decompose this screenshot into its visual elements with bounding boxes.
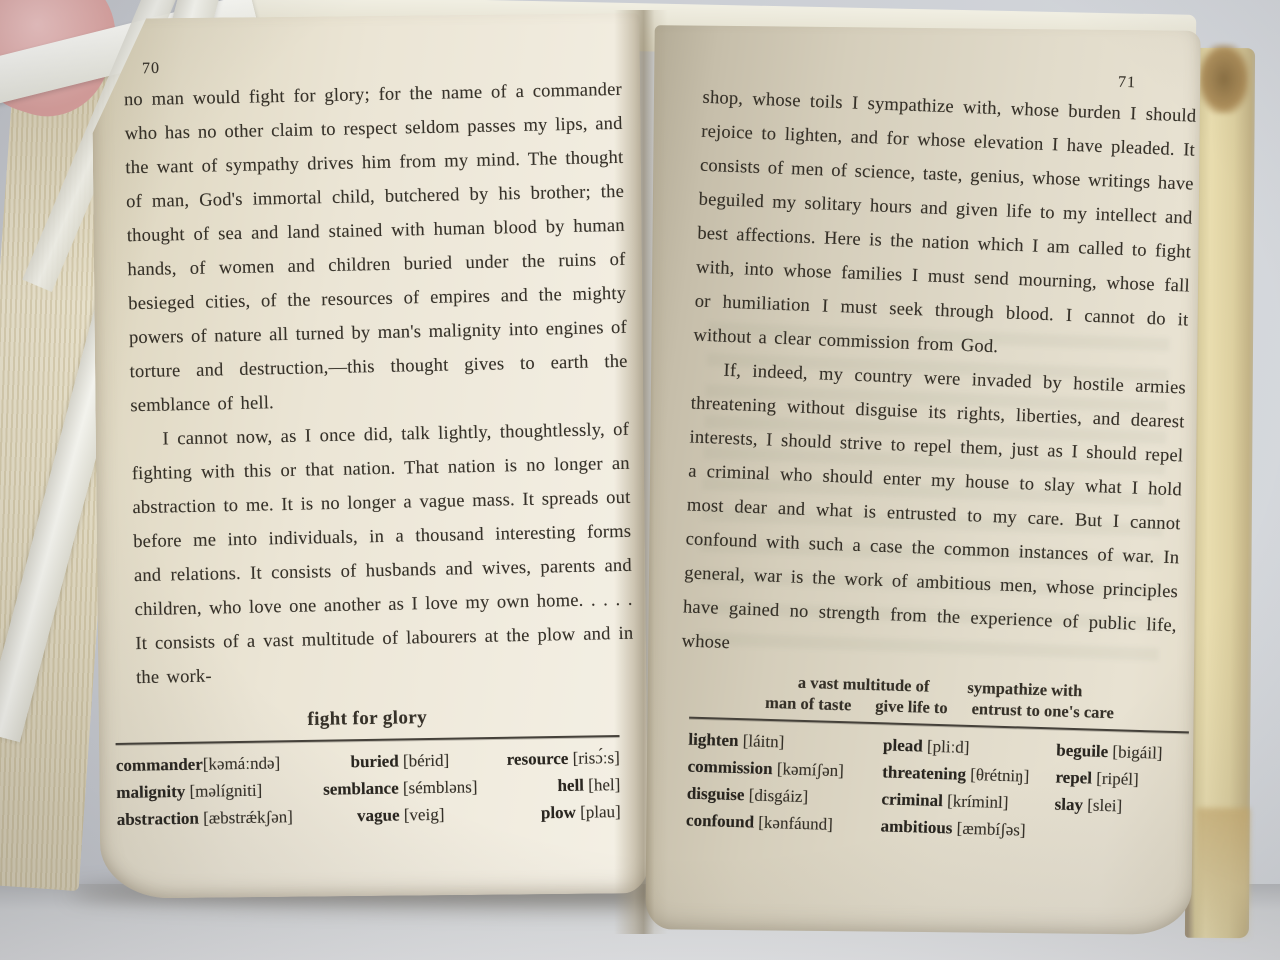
glossary-entry: threatening [θrétniŋ] bbox=[882, 758, 1030, 789]
glossary-word: hell bbox=[557, 776, 584, 795]
glossary-pronunciation: [kəmáːndə] bbox=[203, 753, 281, 773]
glossary-pronunciation: [sémbləns] bbox=[399, 777, 478, 797]
glossary-entry: repel [ripél] bbox=[1055, 763, 1139, 792]
glossary-entry: slay [slei] bbox=[1054, 790, 1122, 819]
page-number-right: 71 bbox=[1118, 74, 1137, 93]
glossary-table: lighten [láitn] plead [pliːd] beguile [b… bbox=[686, 726, 1189, 849]
glossary-word: plow bbox=[541, 803, 576, 823]
glossary-pronunciation: [æbstrǽkʃən] bbox=[199, 807, 293, 827]
body-paragraph: If, indeed, my country were invaded by h… bbox=[681, 353, 1186, 678]
glossary-word: threatening bbox=[882, 762, 966, 783]
glossary-word: malignity bbox=[116, 782, 185, 802]
glossary-entry: semblance [sémbləns] bbox=[323, 773, 478, 802]
glossary-word: abstraction bbox=[117, 809, 199, 829]
glossary-word: slay bbox=[1054, 794, 1083, 814]
glossary-entry: abstraction [æbstrǽkʃən] bbox=[117, 803, 294, 833]
glossary-word: repel bbox=[1055, 767, 1092, 787]
glossary-pronunciation: [kríminl] bbox=[943, 791, 1009, 812]
glossary-pronunciation: [məlígniti] bbox=[185, 781, 262, 801]
glossary-entry: hell [hel] bbox=[557, 771, 620, 799]
glossary-pronunciation: [láitn] bbox=[738, 731, 784, 751]
glossary-pronunciation: [kəmíʃən] bbox=[772, 759, 844, 780]
glossary-pronunciation: [bérid] bbox=[399, 751, 450, 771]
glossary-entry: plead [pliːd] bbox=[883, 731, 970, 761]
glossary-entry: malignity [məlígniti] bbox=[116, 777, 262, 806]
body-paragraph: no man would fight for glory; for the na… bbox=[124, 73, 629, 423]
glossary-entry: criminal [kríminl] bbox=[881, 785, 1009, 816]
glossary-pronunciation: [disgáiz] bbox=[744, 785, 808, 806]
glossary-pronunciation: [risɔ́ːs] bbox=[568, 748, 620, 768]
glossary-word: commander bbox=[116, 755, 203, 775]
left-glossary-footer: fight for glory commander[kəmáːndə] buri… bbox=[115, 704, 621, 833]
glossary-pronunciation: [pliːd] bbox=[922, 737, 969, 757]
glossary-pronunciation: [veig] bbox=[399, 805, 444, 825]
glossary-word: ambitious bbox=[880, 816, 952, 837]
left-page-body: no man would fight for glory; for the na… bbox=[124, 73, 635, 695]
glossary-word: buried bbox=[350, 752, 398, 772]
glossary-entry: plow [plau] bbox=[541, 798, 621, 826]
glossary-word: commission bbox=[687, 757, 773, 779]
glossary-word: criminal bbox=[881, 789, 943, 810]
right-page-body: shop, whose toils I sympathize with, who… bbox=[681, 81, 1197, 678]
glossary-word: vague bbox=[357, 806, 400, 826]
glossary-entry: beguile [bigáil] bbox=[1056, 737, 1163, 767]
glossary-pronunciation: [æmbíʃəs] bbox=[952, 818, 1026, 839]
glossary-pronunciation: [bigáil] bbox=[1108, 742, 1163, 763]
glossary-pronunciation: [θrétniŋ] bbox=[966, 765, 1030, 786]
book-photo: 70 71 no man would fight for glory; for … bbox=[0, 0, 1280, 960]
glossary-entry: commander[kəmáːndə] bbox=[116, 749, 281, 779]
glossary-heading: give life to bbox=[875, 695, 948, 718]
glossary-word: disguise bbox=[687, 784, 745, 805]
glossary-table: commander[kəmáːndə] buried [bérid] resou… bbox=[116, 744, 621, 833]
glossary-word: beguile bbox=[1056, 741, 1108, 762]
glossary-entry: disguise [disgáiz] bbox=[686, 780, 808, 811]
glossary-heading: entrust to one's care bbox=[971, 698, 1114, 723]
body-paragraph: I cannot now, as I once did, talk lightl… bbox=[131, 413, 635, 695]
glossary-heading: man of taste bbox=[765, 692, 852, 716]
glossary-word: plead bbox=[883, 735, 923, 755]
glossary-entry: ambitious [æmbíʃəs] bbox=[880, 812, 1026, 843]
glossary-pronunciation: [ripél] bbox=[1092, 769, 1139, 789]
glossary-pronunciation: [plau] bbox=[576, 802, 621, 822]
right-glossary-footer: a vast multitude of sympathize with man … bbox=[686, 669, 1191, 849]
glossary-pronunciation: [hel] bbox=[584, 775, 621, 795]
glossary-entry: resource [risɔ́ːs] bbox=[507, 744, 621, 773]
glossary-word: semblance bbox=[323, 779, 399, 799]
glossary-entry: buried [bérid] bbox=[350, 747, 449, 776]
glossary-pronunciation: [kənfáund] bbox=[754, 813, 833, 834]
glossary-word: lighten bbox=[688, 730, 739, 750]
glossary-entry: confound [kənfáund] bbox=[686, 807, 834, 838]
page-number-left: 70 bbox=[142, 60, 160, 78]
body-paragraph: shop, whose toils I sympathize with, who… bbox=[693, 81, 1197, 372]
glossary-entry: vague [veig] bbox=[357, 801, 445, 829]
glossary-rule bbox=[116, 735, 620, 745]
glossary-entry: lighten [láitn] bbox=[688, 726, 785, 756]
glossary-word: confound bbox=[686, 811, 755, 832]
glossary-pronunciation: [slei] bbox=[1083, 795, 1123, 815]
glossary-word: resource bbox=[507, 749, 569, 769]
